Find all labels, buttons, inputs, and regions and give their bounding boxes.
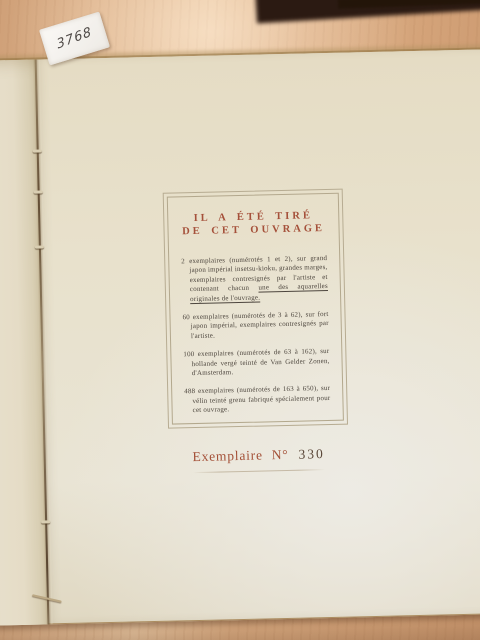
copy-number: 330 (298, 446, 325, 462)
stitch-thread (34, 190, 43, 193)
stitch-thread (35, 245, 44, 248)
stitch-thread (41, 520, 50, 523)
book-photo-scene: IL A ÉTÉ TIRÉ DE CET OUVRAGE 2 exemplair… (0, 0, 480, 640)
title-line-2: DE CET OUVRAGE (180, 223, 326, 239)
printed-colophon: IL A ÉTÉ TIRÉ DE CET OUVRAGE 2 exemplair… (163, 189, 349, 474)
stitch-thread (33, 149, 42, 152)
edition-3-text: 100 exemplaires (numérotés de 63 à 162),… (183, 347, 329, 377)
edition-4-text: 488 exemplaires (numérotés de 163 à 650)… (184, 384, 330, 414)
book-spread: IL A ÉTÉ TIRÉ DE CET OUVRAGE 2 exemplair… (0, 49, 480, 625)
copy-number-sign: N° (272, 447, 289, 462)
blind-stamp-rule (193, 469, 325, 473)
colophon-frame-inner: IL A ÉTÉ TIRÉ DE CET OUVRAGE 2 exemplair… (167, 193, 344, 425)
colophon-frame: IL A ÉTÉ TIRÉ DE CET OUVRAGE 2 exemplair… (163, 189, 348, 429)
colophon-title: IL A ÉTÉ TIRÉ DE CET OUVRAGE (180, 210, 327, 238)
edition-paragraph-4: 488 exemplaires (numérotés de 163 à 650)… (184, 384, 331, 416)
edition-paragraph-1: 2 exemplaires (numérotés 1 et 2), sur gr… (181, 254, 328, 304)
copy-number-line: ExemplaireN°330 (169, 446, 349, 466)
edition-2-text: 60 exemplaires (numérotés de 3 à 62), su… (182, 310, 328, 340)
edition-paragraph-3: 100 exemplaires (numérotés de 63 à 162),… (183, 347, 330, 379)
edition-paragraph-2: 60 exemplaires (numérotés de 3 à 62), su… (182, 310, 329, 342)
copy-label: Exemplaire (192, 448, 263, 465)
colophon-page: IL A ÉTÉ TIRÉ DE CET OUVRAGE 2 exemplair… (36, 49, 480, 624)
sticker-number: 3768 (55, 24, 93, 52)
